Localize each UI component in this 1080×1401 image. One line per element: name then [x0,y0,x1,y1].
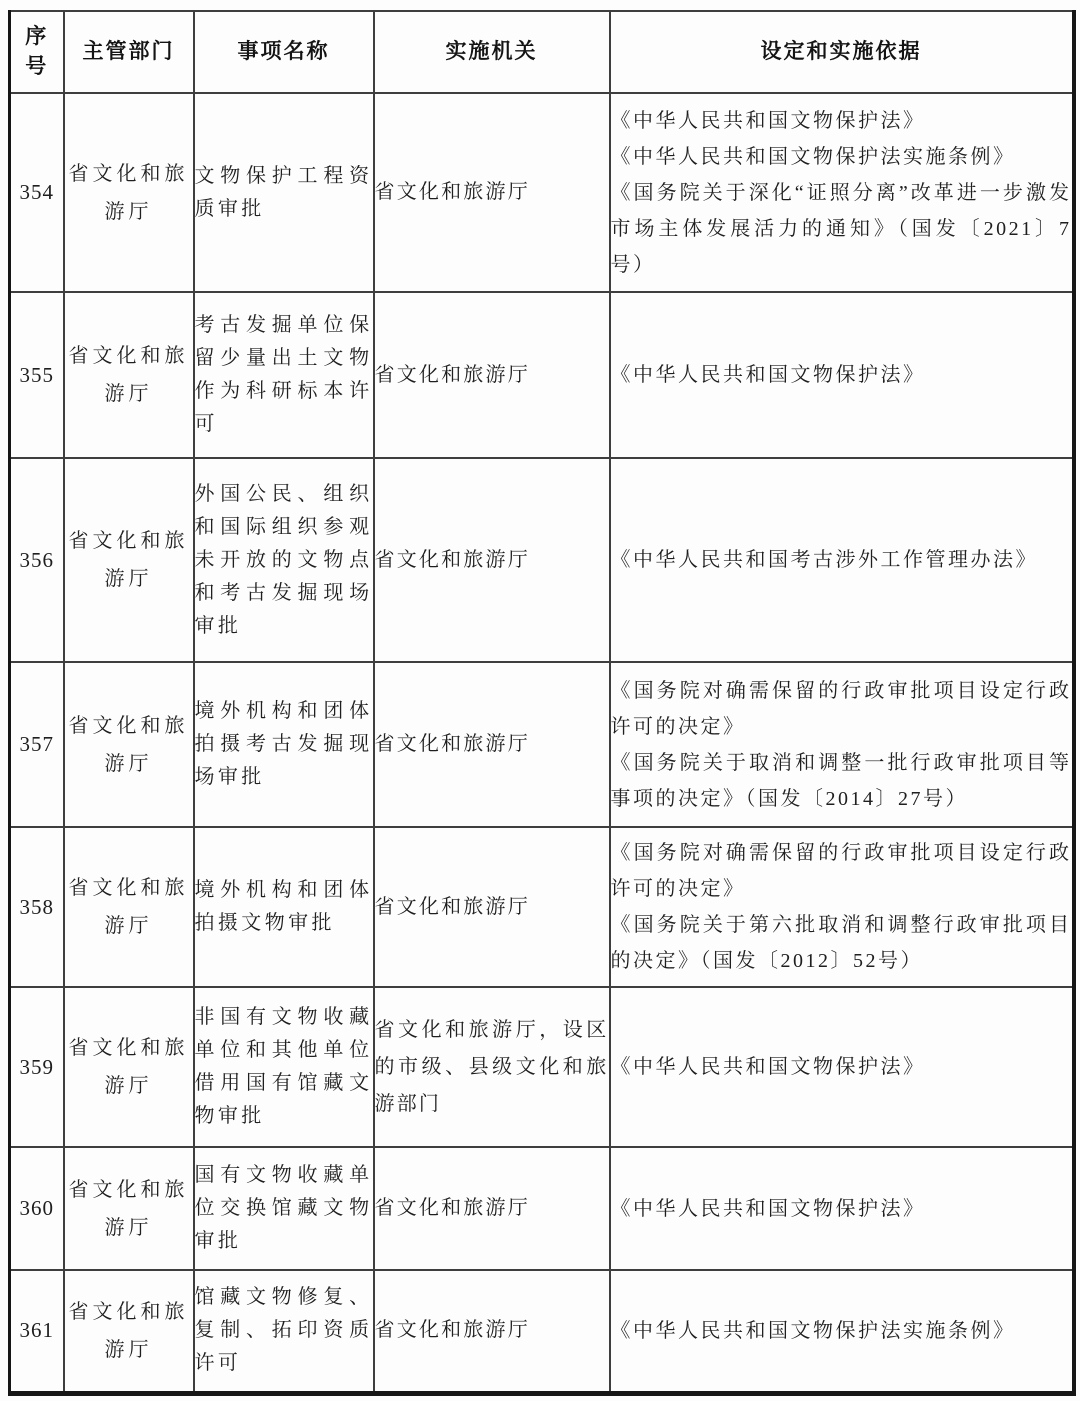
agency-cell: 省文化和旅游厅 [374,458,610,662]
basis-entry: 《国务院关于第六批取消和调整行政审批项目的决定》（国发〔2012〕52号） [611,907,1072,979]
table-row: 356 省文化和旅游厅 外国公民、组织和国际组织参观未开放的文物点和考古发掘现场… [10,458,1074,662]
agency-cell: 省文化和旅游厅 [374,93,610,292]
header-row: 序号 主管部门 事项名称 实施机关 设定和实施依据 [10,11,1074,93]
department-cell: 省文化和旅游厅 [64,458,194,662]
agency-cell: 省文化和旅游厅 [374,1270,610,1393]
basis-entry: 《中华人民共和国文物保护法实施条例》 [611,1313,1072,1349]
basis-entry: 《中华人民共和国考古涉外工作管理办法》 [611,542,1072,578]
department-cell: 省文化和旅游厅 [64,987,194,1147]
department-cell: 省文化和旅游厅 [64,827,194,987]
basis-entry: 《中华人民共和国文物保护法实施条例》 [611,139,1072,175]
basis-cell: 《中华人民共和国考古涉外工作管理办法》 [610,458,1074,662]
agency-cell: 省文化和旅游厅 [374,827,610,987]
basis-cell: 《中华人民共和国文物保护法实施条例》 [610,1270,1074,1393]
item-name-cell: 外国公民、组织和国际组织参观未开放的文物点和考古发掘现场审批 [194,458,374,662]
table-row: 354 省文化和旅游厅 文物保护工程资质审批 省文化和旅游厅 《中华人民共和国文… [10,93,1074,292]
agency-cell: 省文化和旅游厅，设区的市级、县级文化和旅游部门 [374,987,610,1147]
document-page: 序号 主管部门 事项名称 实施机关 设定和实施依据 354 省文化和旅游厅 文物… [0,0,1080,1401]
agency-cell: 省文化和旅游厅 [374,1147,610,1270]
basis-entry: 《国务院对确需保留的行政审批项目设定行政许可的决定》 [611,835,1072,907]
basis-entry: 《中华人民共和国文物保护法》 [611,103,1072,139]
basis-entry: 《国务院对确需保留的行政审批项目设定行政许可的决定》 [611,673,1072,745]
department-cell: 省文化和旅游厅 [64,1147,194,1270]
header-agency: 实施机关 [374,11,610,93]
item-name-cell: 境外机构和团体拍摄文物审批 [194,827,374,987]
approval-items-table: 序号 主管部门 事项名称 实施机关 设定和实施依据 354 省文化和旅游厅 文物… [8,10,1076,1396]
basis-cell: 《国务院对确需保留的行政审批项目设定行政许可的决定》 《国务院关于第六批取消和调… [610,827,1074,987]
serial-cell: 358 [10,827,64,987]
serial-cell: 354 [10,93,64,292]
item-name-cell: 考古发掘单位保留少量出土文物作为科研标本许可 [194,292,374,458]
basis-cell: 《中华人民共和国文物保护法》 [610,1147,1074,1270]
serial-cell: 357 [10,662,64,827]
basis-cell: 《中华人民共和国文物保护法》 [610,292,1074,458]
header-basis: 设定和实施依据 [610,11,1074,93]
department-cell: 省文化和旅游厅 [64,1270,194,1393]
department-cell: 省文化和旅游厅 [64,93,194,292]
agency-cell: 省文化和旅游厅 [374,292,610,458]
table-row: 361 省文化和旅游厅 馆藏文物修复、复制、拓印资质许可 省文化和旅游厅 《中华… [10,1270,1074,1393]
item-name-cell: 文物保护工程资质审批 [194,93,374,292]
header-serial: 序号 [10,11,64,93]
basis-entry: 《国务院关于取消和调整一批行政审批项目等事项的决定》（国发〔2014〕27号） [611,745,1072,817]
item-name-cell: 国有文物收藏单位交换馆藏文物审批 [194,1147,374,1270]
serial-cell: 360 [10,1147,64,1270]
serial-cell: 356 [10,458,64,662]
table-row: 358 省文化和旅游厅 境外机构和团体拍摄文物审批 省文化和旅游厅 《国务院对确… [10,827,1074,987]
basis-entry: 《中华人民共和国文物保护法》 [611,1191,1072,1227]
agency-cell: 省文化和旅游厅 [374,662,610,827]
table-row: 355 省文化和旅游厅 考古发掘单位保留少量出土文物作为科研标本许可 省文化和旅… [10,292,1074,458]
serial-cell: 355 [10,292,64,458]
item-name-cell: 境外机构和团体拍摄考古发掘现场审批 [194,662,374,827]
department-cell: 省文化和旅游厅 [64,292,194,458]
basis-cell: 《国务院对确需保留的行政审批项目设定行政许可的决定》 《国务院关于取消和调整一批… [610,662,1074,827]
table-row: 357 省文化和旅游厅 境外机构和团体拍摄考古发掘现场审批 省文化和旅游厅 《国… [10,662,1074,827]
header-item-name: 事项名称 [194,11,374,93]
department-cell: 省文化和旅游厅 [64,662,194,827]
basis-cell: 《中华人民共和国文物保护法》 《中华人民共和国文物保护法实施条例》 《国务院关于… [610,93,1074,292]
item-name-cell: 非国有文物收藏单位和其他单位借用国有馆藏文物审批 [194,987,374,1147]
basis-entry: 《国务院关于深化“证照分离”改革进一步激发市场主体发展活力的通知》（国发〔202… [611,175,1072,283]
header-department: 主管部门 [64,11,194,93]
basis-entry: 《中华人民共和国文物保护法》 [611,1049,1072,1085]
table-row: 359 省文化和旅游厅 非国有文物收藏单位和其他单位借用国有馆藏文物审批 省文化… [10,987,1074,1147]
serial-cell: 361 [10,1270,64,1393]
basis-cell: 《中华人民共和国文物保护法》 [610,987,1074,1147]
table-row: 360 省文化和旅游厅 国有文物收藏单位交换馆藏文物审批 省文化和旅游厅 《中华… [10,1147,1074,1270]
item-name-cell: 馆藏文物修复、复制、拓印资质许可 [194,1270,374,1393]
basis-entry: 《中华人民共和国文物保护法》 [611,357,1072,393]
serial-cell: 359 [10,987,64,1147]
